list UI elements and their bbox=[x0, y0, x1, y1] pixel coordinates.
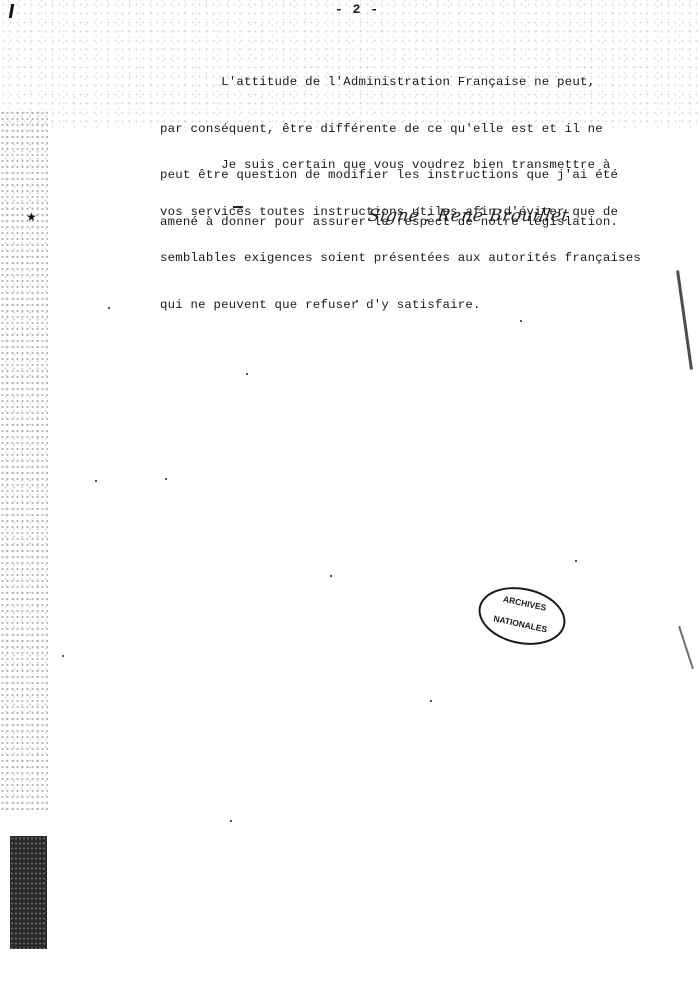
scan-speck bbox=[246, 373, 248, 375]
scan-speck bbox=[230, 820, 232, 822]
paragraph-line: L'attitude de l'Administration Française… bbox=[160, 75, 618, 91]
stamp-bottom-text: NATIONALES bbox=[478, 610, 562, 637]
paragraph-line: semblables exigences soient présentées a… bbox=[160, 251, 641, 267]
paragraph-2: Je suis certain que vous voudrez bien tr… bbox=[160, 127, 641, 344]
paragraph-line: qui ne peuvent que refuser d'y satisfair… bbox=[160, 298, 641, 314]
scan-speck bbox=[330, 575, 332, 577]
paragraph-line: Je suis certain que vous voudrez bien tr… bbox=[160, 158, 641, 174]
scan-speck bbox=[95, 480, 97, 482]
scan-speck bbox=[165, 478, 167, 480]
scan-speck bbox=[520, 320, 522, 322]
scan-speck bbox=[430, 700, 432, 702]
handwritten-signature: Signé : René Brouillet bbox=[367, 206, 571, 226]
right-edge-scan-stroke bbox=[676, 270, 693, 369]
scan-speck bbox=[108, 307, 110, 309]
star-mark-icon: ★ bbox=[26, 210, 37, 224]
dark-scan-block bbox=[10, 836, 47, 949]
scan-noise-left-margin bbox=[0, 110, 48, 810]
scanned-document-page: ★ - 2 - L'attitude de l'Administration F… bbox=[0, 0, 700, 982]
right-edge-scan-stroke-lower bbox=[678, 626, 694, 669]
scan-speck bbox=[62, 655, 64, 657]
scan-speck bbox=[575, 560, 577, 562]
archives-nationales-stamp: ARCHIVES NATIONALES bbox=[473, 579, 571, 652]
scan-speck bbox=[356, 300, 358, 302]
dash-mark bbox=[233, 206, 243, 208]
page-number: - 2 - bbox=[335, 2, 379, 17]
